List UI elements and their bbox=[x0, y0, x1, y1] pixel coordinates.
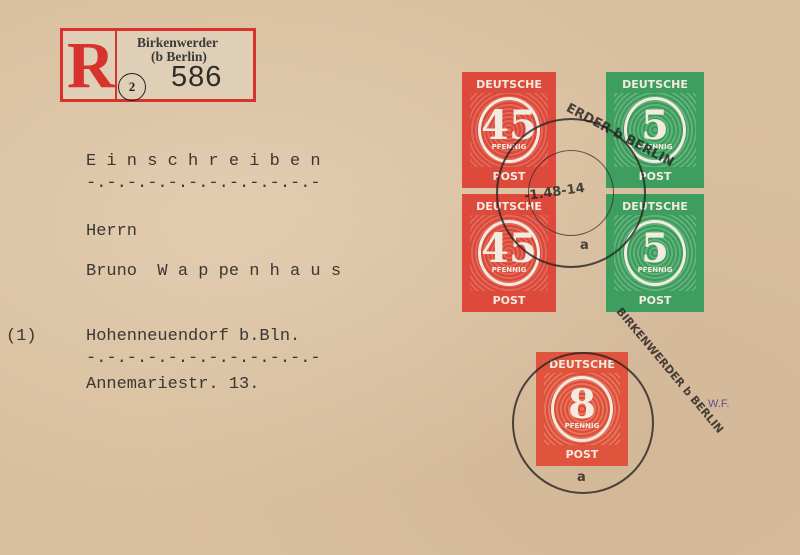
recipient-street: Annemariestr. 13. bbox=[86, 375, 259, 394]
stamp-unit: PFENNIG bbox=[466, 266, 552, 274]
stamp-country: DEUTSCHE bbox=[610, 78, 700, 91]
salutation: Herrn bbox=[86, 222, 137, 241]
registration-letter: R bbox=[67, 33, 115, 99]
registration-r-cell: R bbox=[63, 31, 117, 99]
post-office-name: Birkenwerder bbox=[137, 35, 218, 50]
postal-zone: (1) bbox=[6, 327, 37, 346]
recipient-name: Bruno W a p pe n h a u s bbox=[86, 262, 341, 281]
stamp-country: DEUTSCHE bbox=[466, 78, 552, 91]
registration-label: R Birkenwerder (b Berlin) 2 586 bbox=[60, 28, 256, 102]
stamp-unit: PFENNIG bbox=[610, 266, 700, 274]
postmark-letter: a bbox=[580, 238, 589, 253]
recipient-city: Hohenneuendorf b.Bln. bbox=[86, 327, 300, 346]
city-underline: -.-.-.-.-.-.-.-.-.-.-.- bbox=[86, 349, 321, 368]
registration-number: 586 bbox=[171, 62, 222, 92]
circled-office-number: 2 bbox=[118, 73, 146, 101]
heading-underline: -.-.-.-.-.-.-.-.-.-.-.- bbox=[86, 174, 321, 193]
heading-einschreiben: E i n s c h r e i b e n bbox=[86, 152, 321, 171]
stamp-footer: POST bbox=[466, 294, 552, 307]
envelope: R Birkenwerder (b Berlin) 2 586 E i n s … bbox=[0, 0, 800, 555]
handwritten-initials: W.F. bbox=[708, 398, 729, 410]
postmark-letter-2: a bbox=[577, 470, 586, 485]
